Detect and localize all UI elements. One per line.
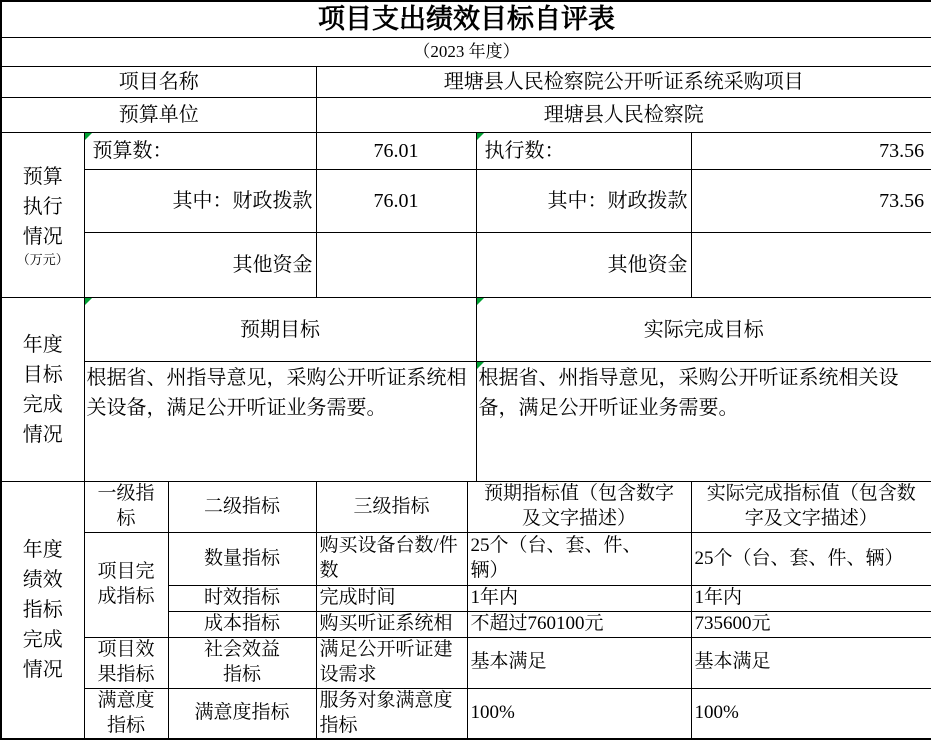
actual-goal-header-text: 实际完成目标 [644,319,764,341]
budget-other-label: 其他资金 [84,233,316,298]
comment-triangle-icon [85,133,92,140]
level3-time: 完成时间 [316,586,467,612]
header-level1: 一级指 标 [84,482,168,533]
level2-satisfaction: 满意度指标 [168,688,316,739]
level3-quantity: 购买设备台数/件 数 [316,533,467,586]
level3-social: 满足公开听证建 设需求 [316,637,467,688]
indicator-row-quantity: 项目完 成指标 数量指标 购买设备台数/件 数 25个（台、套、件、 辆） 25… [1,533,931,586]
indicator-header-row: 年度 绩效 指标 完成 情况 一级指 标 二级指标 三级指标 预期指标值（包含数… [1,482,931,533]
performance-section-label: 年度 绩效 指标 完成 情况 [1,482,84,740]
level2-cost: 成本指标 [168,612,316,638]
level3-satisfaction: 服务对象满意度 指标 [316,688,467,739]
execution-amount-label-text: 执行数： [485,140,565,162]
expected-satisfaction: 100% [467,688,691,739]
goal-header-row: 年度 目标 完成 情况 预期目标 实际完成目标 [1,298,931,362]
expected-cost: 不超过760100元 [467,612,691,638]
page-title: 项目支出绩效目标自评表 [1,1,931,38]
header-expected-value: 预期指标值（包含数字 及文字描述） [467,482,691,533]
budget-unit-label: 预算单位 [1,98,316,133]
project-name-row: 项目名称 理塘县人民检察院公开听证系统采购项目 [1,67,931,98]
expected-time: 1年内 [467,586,691,612]
budget-amount-label: 预算数： [84,133,316,170]
title-row: 项目支出绩效目标自评表 [1,1,931,38]
actual-cost: 735600元 [691,612,931,638]
execution-other-label: 其他资金 [476,233,691,298]
level2-quantity: 数量指标 [168,533,316,586]
actual-goal-text: 根据省、州指导意见，采购公开听证系统相关设 备，满足公开听证业务需要。 [476,362,931,482]
level1-satisfaction: 满意度 指标 [84,688,168,739]
level1-completion: 项目完 成指标 [84,533,168,638]
comment-triangle-icon [85,298,92,305]
expected-goal-header: 预期目标 [84,298,476,362]
budget-section-label: 预算 执行 情况（万元） [1,133,84,298]
actual-goal-header: 实际完成目标 [476,298,931,362]
execution-other-value [691,233,931,298]
header-level3: 三级指标 [316,482,467,533]
budget-other-value [316,233,476,298]
execution-fiscal-value: 73.56 [691,170,931,233]
execution-fiscal-label: 其中：财政拨款 [476,170,691,233]
execution-amount-value: 73.56 [691,133,931,170]
level2-social: 社会效益 指标 [168,637,316,688]
subtitle-row: （2023 年度） [1,38,931,67]
comment-triangle-icon [477,133,484,140]
budget-unit-row: 预算单位 理塘县人民检察院 [1,98,931,133]
budget-amount-value: 76.01 [316,133,476,170]
self-evaluation-form: 项目支出绩效目标自评表 （2023 年度） 项目名称 理塘县人民检察院公开听证系… [0,0,931,739]
expected-goal-text: 根据省、州指导意见，采购公开听证系统相 关设备，满足公开听证业务需要。 [84,362,476,482]
indicator-row-satisfaction: 满意度 指标 满意度指标 服务对象满意度 指标 100% 100% [1,688,931,739]
budget-amount-label-text: 预算数： [93,140,173,162]
budget-section-unit: （万元） [4,252,82,269]
level1-effect: 项目效 果指标 [84,637,168,688]
comment-triangle-icon [477,362,484,369]
fiscal-year-subtitle: （2023 年度） [1,38,931,67]
header-actual-value: 实际完成指标值（包含数 字及文字描述） [691,482,931,533]
project-name-value: 理塘县人民检察院公开听证系统采购项目 [316,67,931,98]
budget-row-other: 其他资金 其他资金 [1,233,931,298]
goal-content-row: 根据省、州指导意见，采购公开听证系统相 关设备，满足公开听证业务需要。 根据省、… [1,362,931,482]
project-name-label: 项目名称 [1,67,316,98]
budget-row-total: 预算 执行 情况（万元） 预算数： 76.01 执行数： 73.56 [1,133,931,170]
level3-cost: 购买听证系统相 [316,612,467,638]
comment-triangle-icon [477,298,484,305]
actual-goal-text-content: 根据省、州指导意见，采购公开听证系统相关设 备，满足公开听证业务需要。 [479,367,899,419]
actual-quantity: 25个（台、套、件、辆） [691,533,931,586]
goal-section-label: 年度 目标 完成 情况 [1,298,84,482]
expected-goal-header-text: 预期目标 [240,319,320,341]
budget-fiscal-label: 其中：财政拨款 [84,170,316,233]
budget-section-label-text: 预算 执行 情况 [23,166,63,248]
budget-row-fiscal: 其中：财政拨款 76.01 其中：财政拨款 73.56 [1,170,931,233]
actual-social: 基本满足 [691,637,931,688]
level2-time: 时效指标 [168,586,316,612]
expected-quantity: 25个（台、套、件、 辆） [467,533,691,586]
budget-unit-value: 理塘县人民检察院 [316,98,931,133]
expected-social: 基本满足 [467,637,691,688]
budget-fiscal-value: 76.01 [316,170,476,233]
header-level2: 二级指标 [168,482,316,533]
actual-time: 1年内 [691,586,931,612]
evaluation-table: 项目支出绩效目标自评表 （2023 年度） 项目名称 理塘县人民检察院公开听证系… [0,0,931,740]
indicator-row-social: 项目效 果指标 社会效益 指标 满足公开听证建 设需求 基本满足 基本满足 [1,637,931,688]
actual-satisfaction: 100% [691,688,931,739]
execution-amount-label: 执行数： [476,133,691,170]
